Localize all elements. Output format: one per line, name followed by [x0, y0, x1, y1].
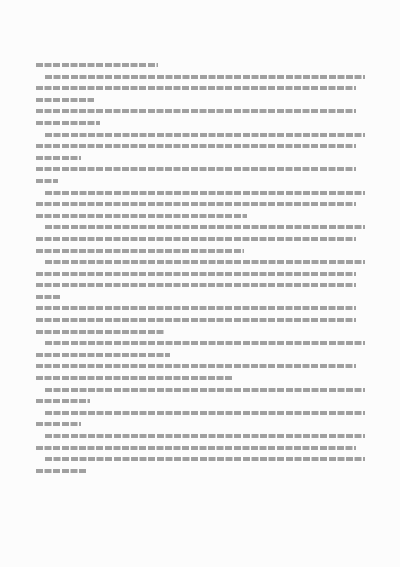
text-line	[36, 418, 356, 430]
text-line	[36, 210, 356, 222]
text-line	[36, 465, 356, 477]
text-line	[36, 140, 356, 152]
narration-paragraph	[36, 221, 356, 244]
thought-paragraph	[36, 105, 356, 128]
narration-paragraph	[36, 384, 356, 407]
text-line	[36, 129, 356, 141]
text-line	[36, 453, 356, 465]
text-line	[36, 82, 356, 94]
text-line	[36, 430, 356, 442]
text-line	[36, 314, 356, 326]
narration-paragraph	[36, 187, 356, 222]
narration-paragraph	[36, 407, 356, 430]
text-line	[36, 326, 356, 338]
text-line	[36, 372, 356, 384]
text-line	[36, 245, 356, 257]
text-line	[36, 360, 356, 372]
text-line	[36, 349, 356, 361]
text-line	[36, 198, 356, 210]
text-line	[36, 221, 356, 233]
thought-paragraph	[36, 163, 356, 186]
narration-paragraph	[36, 71, 356, 106]
text-line	[36, 395, 356, 407]
body-text	[36, 59, 356, 476]
text-line	[36, 152, 356, 164]
text-line	[36, 71, 356, 83]
text-line	[36, 407, 356, 419]
narration-paragraph	[36, 430, 356, 453]
narration-paragraph	[36, 256, 356, 268]
text-line	[36, 94, 356, 106]
text-line	[36, 233, 356, 245]
dialogue-paragraph	[36, 245, 356, 257]
text-line	[36, 163, 356, 175]
text-line	[36, 187, 356, 199]
text-line	[36, 59, 356, 71]
narration-paragraph	[36, 129, 356, 164]
narration-paragraph	[36, 337, 356, 360]
dialogue-paragraph	[36, 59, 356, 71]
text-line	[36, 105, 356, 117]
dialogue-paragraph	[36, 360, 356, 383]
text-line	[36, 117, 356, 129]
text-line	[36, 256, 356, 268]
text-line	[36, 268, 356, 280]
text-line	[36, 302, 356, 314]
text-line	[36, 291, 356, 303]
thought-paragraph	[36, 268, 356, 303]
text-line	[36, 384, 356, 396]
dialogue-paragraph	[36, 302, 356, 337]
text-line	[36, 442, 356, 454]
document-page	[0, 0, 400, 567]
text-line	[36, 175, 356, 187]
text-line	[36, 279, 356, 291]
narration-paragraph	[36, 453, 356, 476]
text-line	[36, 337, 356, 349]
